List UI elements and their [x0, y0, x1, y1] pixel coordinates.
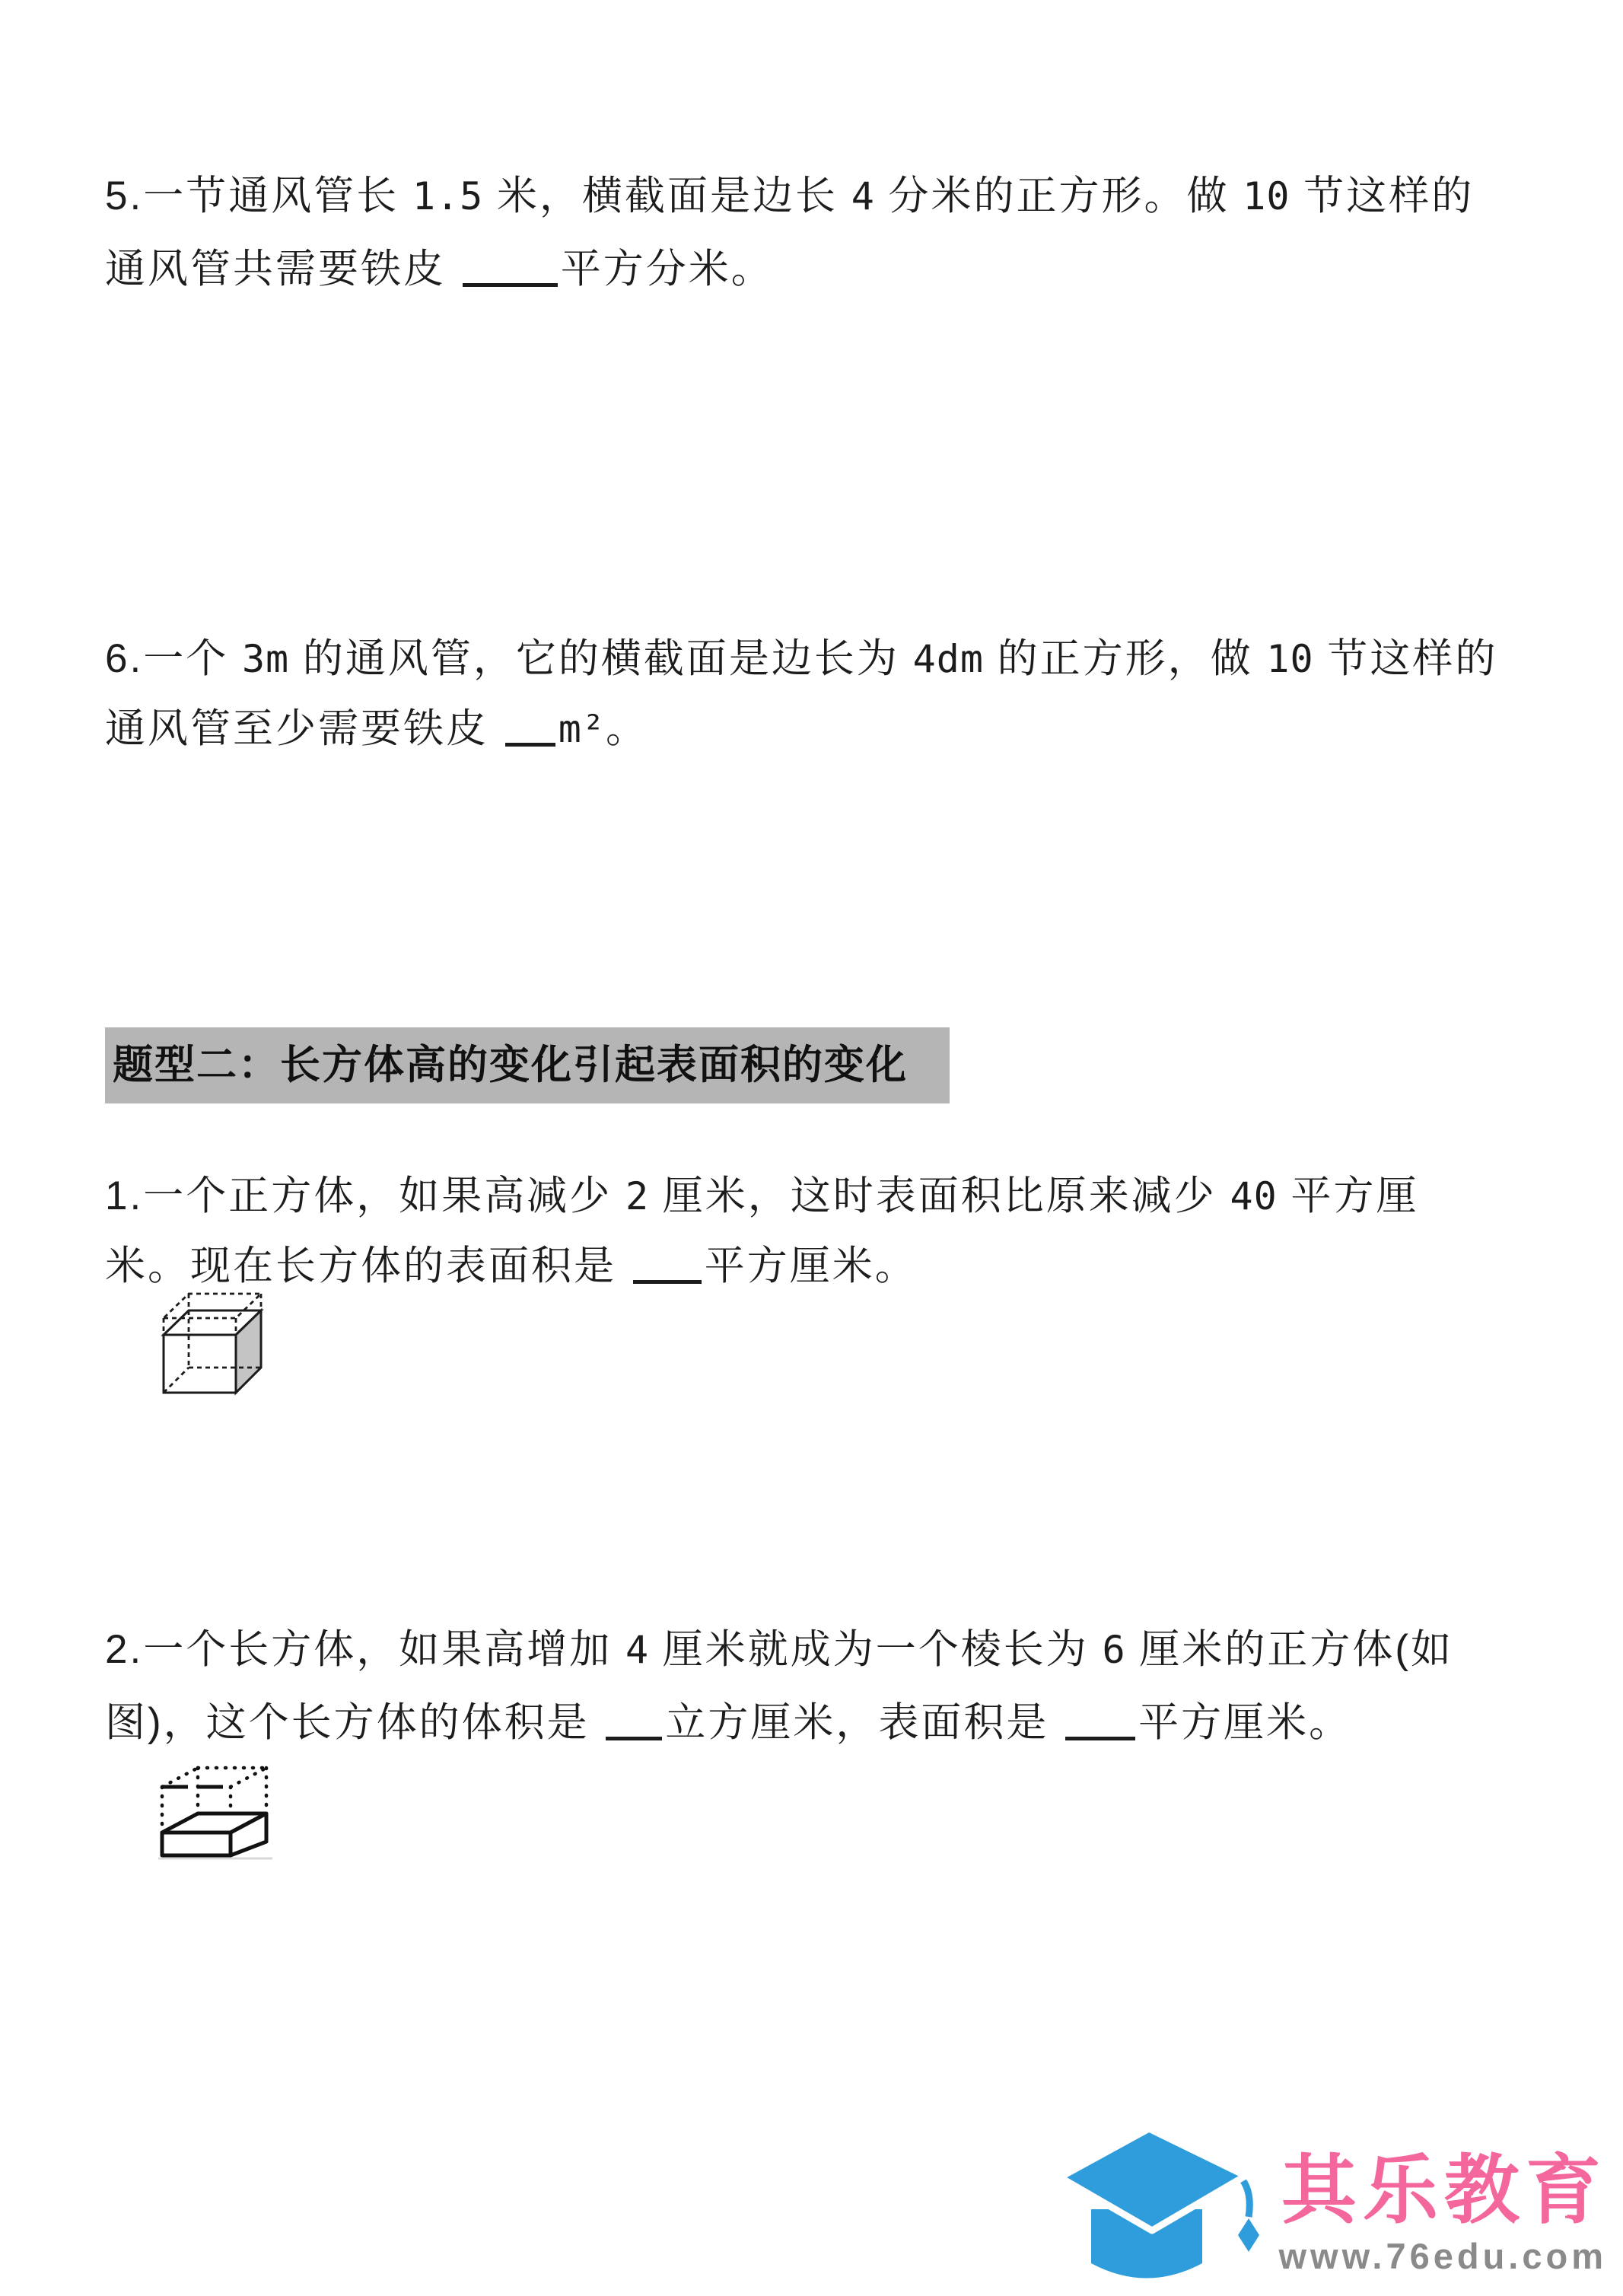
value-count: 10	[1243, 174, 1290, 218]
value-height-decrease: 2	[625, 1174, 649, 1218]
answer-blank	[633, 1272, 702, 1284]
question-text: 。	[606, 706, 648, 751]
question-text: 平方分米。	[561, 247, 774, 291]
question-text: 一个长方体，如果高增加	[143, 1627, 625, 1672]
answer-blank	[1065, 1729, 1135, 1740]
question-number: 5.	[105, 174, 143, 218]
question-6-line-2: 通风管至少需要铁皮 m²。	[105, 707, 648, 750]
s2-question-2-line-1: 2.一个长方体，如果高增加 4 厘米就成为一个棱长为 6 厘米的正方体(如	[105, 1628, 1453, 1671]
question-text: 平方厘米。	[1138, 1700, 1351, 1745]
answer-blank	[463, 275, 558, 287]
question-text: 厘米，这时表面积比原来减少	[649, 1173, 1230, 1218]
question-text: 平方厘米。	[705, 1244, 918, 1288]
value-pipe-length: 3m	[242, 637, 289, 681]
question-text: 一个正方体，如果高减少	[143, 1173, 625, 1218]
box-front-face	[164, 1335, 236, 1393]
question-text: 米，横截面是边长	[483, 174, 851, 218]
question-text: 通风管至少需要铁皮	[105, 706, 502, 751]
value-height-increase: 4	[625, 1628, 649, 1672]
value-edge-dm: 4	[851, 174, 875, 218]
question-text: 通风管共需要铁皮	[105, 247, 460, 291]
answer-blank	[606, 1729, 662, 1740]
answer-blank	[505, 735, 555, 747]
question-number: 6.	[105, 636, 143, 681]
question-text: 节这样的	[1290, 174, 1474, 218]
question-text: 一个	[143, 636, 242, 681]
value-area-decrease: 40	[1230, 1174, 1278, 1218]
flat-box	[162, 1814, 266, 1855]
graduation-cap-icon	[1058, 2124, 1263, 2296]
question-text: 立方厘米，表面积是	[665, 1700, 1062, 1745]
mortarboard	[1060, 2129, 1246, 2231]
worksheet-page: 5.一节通风管长 1.5 米，横截面是边长 4 分米的正方形。做 10 节这样的…	[0, 0, 1623, 2296]
value-edge-dm: 4dm	[913, 637, 984, 681]
s2-question-1-line-1: 1.一个正方体，如果高减少 2 厘米，这时表面积比原来减少 40 平方厘	[105, 1174, 1418, 1218]
cuboid-cut-diagram	[145, 1263, 297, 1415]
question-number: 1.	[105, 1173, 143, 1218]
value-pipe-length: 1.5	[412, 174, 483, 218]
brand-name: 其乐教育	[1263, 2151, 1607, 2230]
value-count: 10	[1266, 637, 1313, 681]
cuboid-grow-diagram	[137, 1762, 297, 1891]
question-text: 节这样的	[1314, 636, 1498, 681]
question-number: 2.	[105, 1627, 143, 1672]
brand-url: www.76edu.com	[1263, 2237, 1607, 2275]
section-2-header: 题型二：长方体高的变化引起表面积的变化	[105, 1027, 950, 1103]
question-text: 厘米就成为一个棱长为	[649, 1627, 1102, 1672]
question-text: 厘米的正方体(如	[1126, 1627, 1453, 1672]
question-6-line-1: 6.一个 3m 的通风管，它的横截面是边长为 4dm 的正方形，做 10 节这样…	[105, 637, 1497, 680]
s2-question-2-line-2: 图)，这个长方体的体积是 立方厘米，表面积是 平方厘米。	[105, 1701, 1351, 1744]
unit-square-meters: m²	[559, 707, 606, 751]
question-text: 分米的正方形。做	[875, 174, 1243, 218]
question-text: 一节通风管长	[143, 174, 412, 218]
box-front-face	[162, 1833, 231, 1855]
question-text: 平方厘	[1278, 1173, 1419, 1218]
question-text: 图)，这个长方体的体积是	[105, 1700, 603, 1745]
question-text: 的正方形，做	[984, 636, 1266, 681]
value-cube-edge: 6	[1103, 1628, 1126, 1672]
question-5-line-2: 通风管共需要铁皮 平方分米。	[105, 247, 774, 291]
question-text: 的通风管，它的横截面是边长为	[289, 636, 912, 681]
question-5-line-1: 5.一节通风管长 1.5 米，横截面是边长 4 分米的正方形。做 10 节这样的	[105, 174, 1474, 218]
tassel-bead	[1238, 2218, 1259, 2252]
